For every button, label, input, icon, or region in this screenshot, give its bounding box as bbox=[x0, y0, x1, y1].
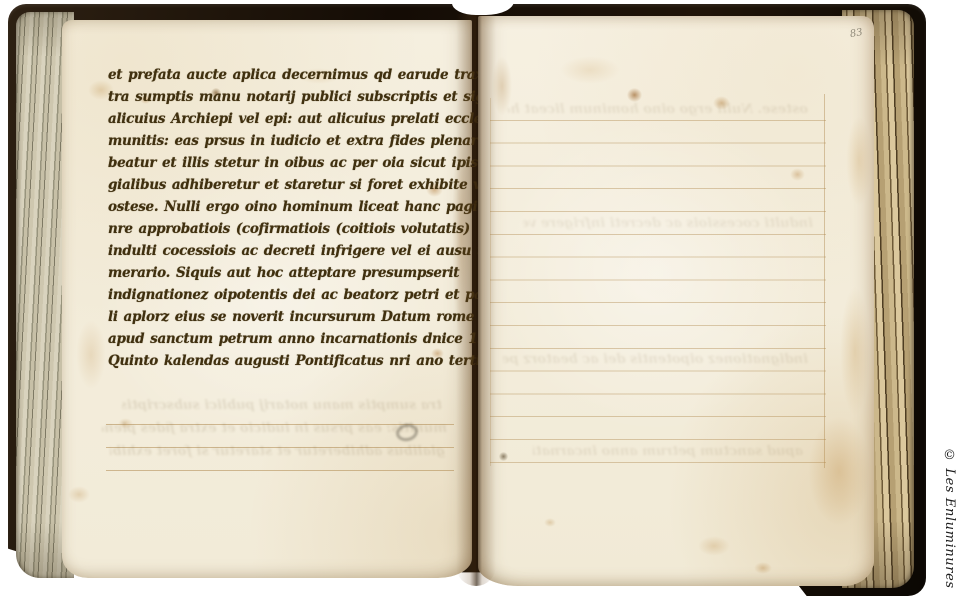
manuscript-line: apud sanctum petrum anno incarnationis d… bbox=[108, 328, 462, 350]
manuscript-line: gialibus adhiberetur et staretur si fore… bbox=[108, 174, 462, 196]
ink-showthrough: ostese. Nulli ergo oino hominum liceat h… bbox=[508, 102, 808, 117]
margin-rule-left bbox=[490, 98, 491, 466]
ink-showthrough: indulti cocessiois ac decreti infrigere … bbox=[523, 216, 813, 231]
ink-showthrough: tra sumptis manu notarij publici subscri… bbox=[122, 398, 442, 413]
manuscript-line: li aplorz eius se noverit incursurum Dat… bbox=[108, 306, 462, 328]
manuscript-line: ostese. Nulli ergo oino hominum liceat h… bbox=[108, 196, 462, 218]
manuscript-line: munitis: eas prsus in iudicio et extra f… bbox=[108, 130, 462, 152]
folio-number: 83 bbox=[849, 27, 863, 40]
photo-background: et prefata aucte aplica decernimus qd ea… bbox=[0, 0, 977, 600]
manuscript-line: beatur et illis stetur in oibus ac per o… bbox=[108, 152, 462, 174]
manuscript-line: indignationez oipotentis dei ac beatorz … bbox=[108, 284, 462, 306]
stain bbox=[544, 518, 556, 527]
margin-rule-right bbox=[824, 94, 825, 468]
right-page: 83 ostese. Nulli ergo oino hominum licea… bbox=[478, 16, 874, 586]
stain bbox=[840, 286, 870, 416]
stain bbox=[846, 116, 872, 206]
ink-showthrough: gialibus adhiberetur et staretur si fore… bbox=[110, 444, 445, 459]
manuscript-line: indulti cocessiois ac decreti infrigere … bbox=[108, 240, 462, 262]
stain bbox=[76, 320, 106, 390]
manuscript-line: tra sumptis manu notarij publici subscri… bbox=[108, 86, 462, 108]
manuscript-line: et prefata aucte aplica decernimus qd ea… bbox=[108, 64, 462, 86]
manuscript-line: nre approbatiois (cofirmatiois (coitiois… bbox=[108, 218, 462, 240]
photo-credit: © Les Enluminures bbox=[937, 448, 957, 598]
ink-showthrough: indignationez oipotentis dei ac beatorz … bbox=[503, 352, 808, 367]
left-page: et prefata aucte aplica decernimus qd ea… bbox=[62, 20, 472, 578]
stain bbox=[560, 56, 620, 84]
manuscript-line: merario. Siquis aut hoc atteptare presum… bbox=[108, 262, 462, 284]
stain bbox=[698, 536, 730, 556]
ink-showthrough: apud sanctum petrum anno incarnationis d… bbox=[533, 444, 803, 459]
manuscript-line: alicuius Archiepi vel epi: aut alicuius … bbox=[108, 108, 462, 130]
manuscript-line: Quinto kalendas augusti Pontificatus nri… bbox=[108, 350, 462, 372]
manuscript-text-block: et prefata aucte aplica decernimus qd ea… bbox=[108, 64, 462, 372]
stain bbox=[68, 486, 90, 503]
blank-ruling-right bbox=[490, 98, 826, 466]
stain bbox=[754, 562, 772, 574]
